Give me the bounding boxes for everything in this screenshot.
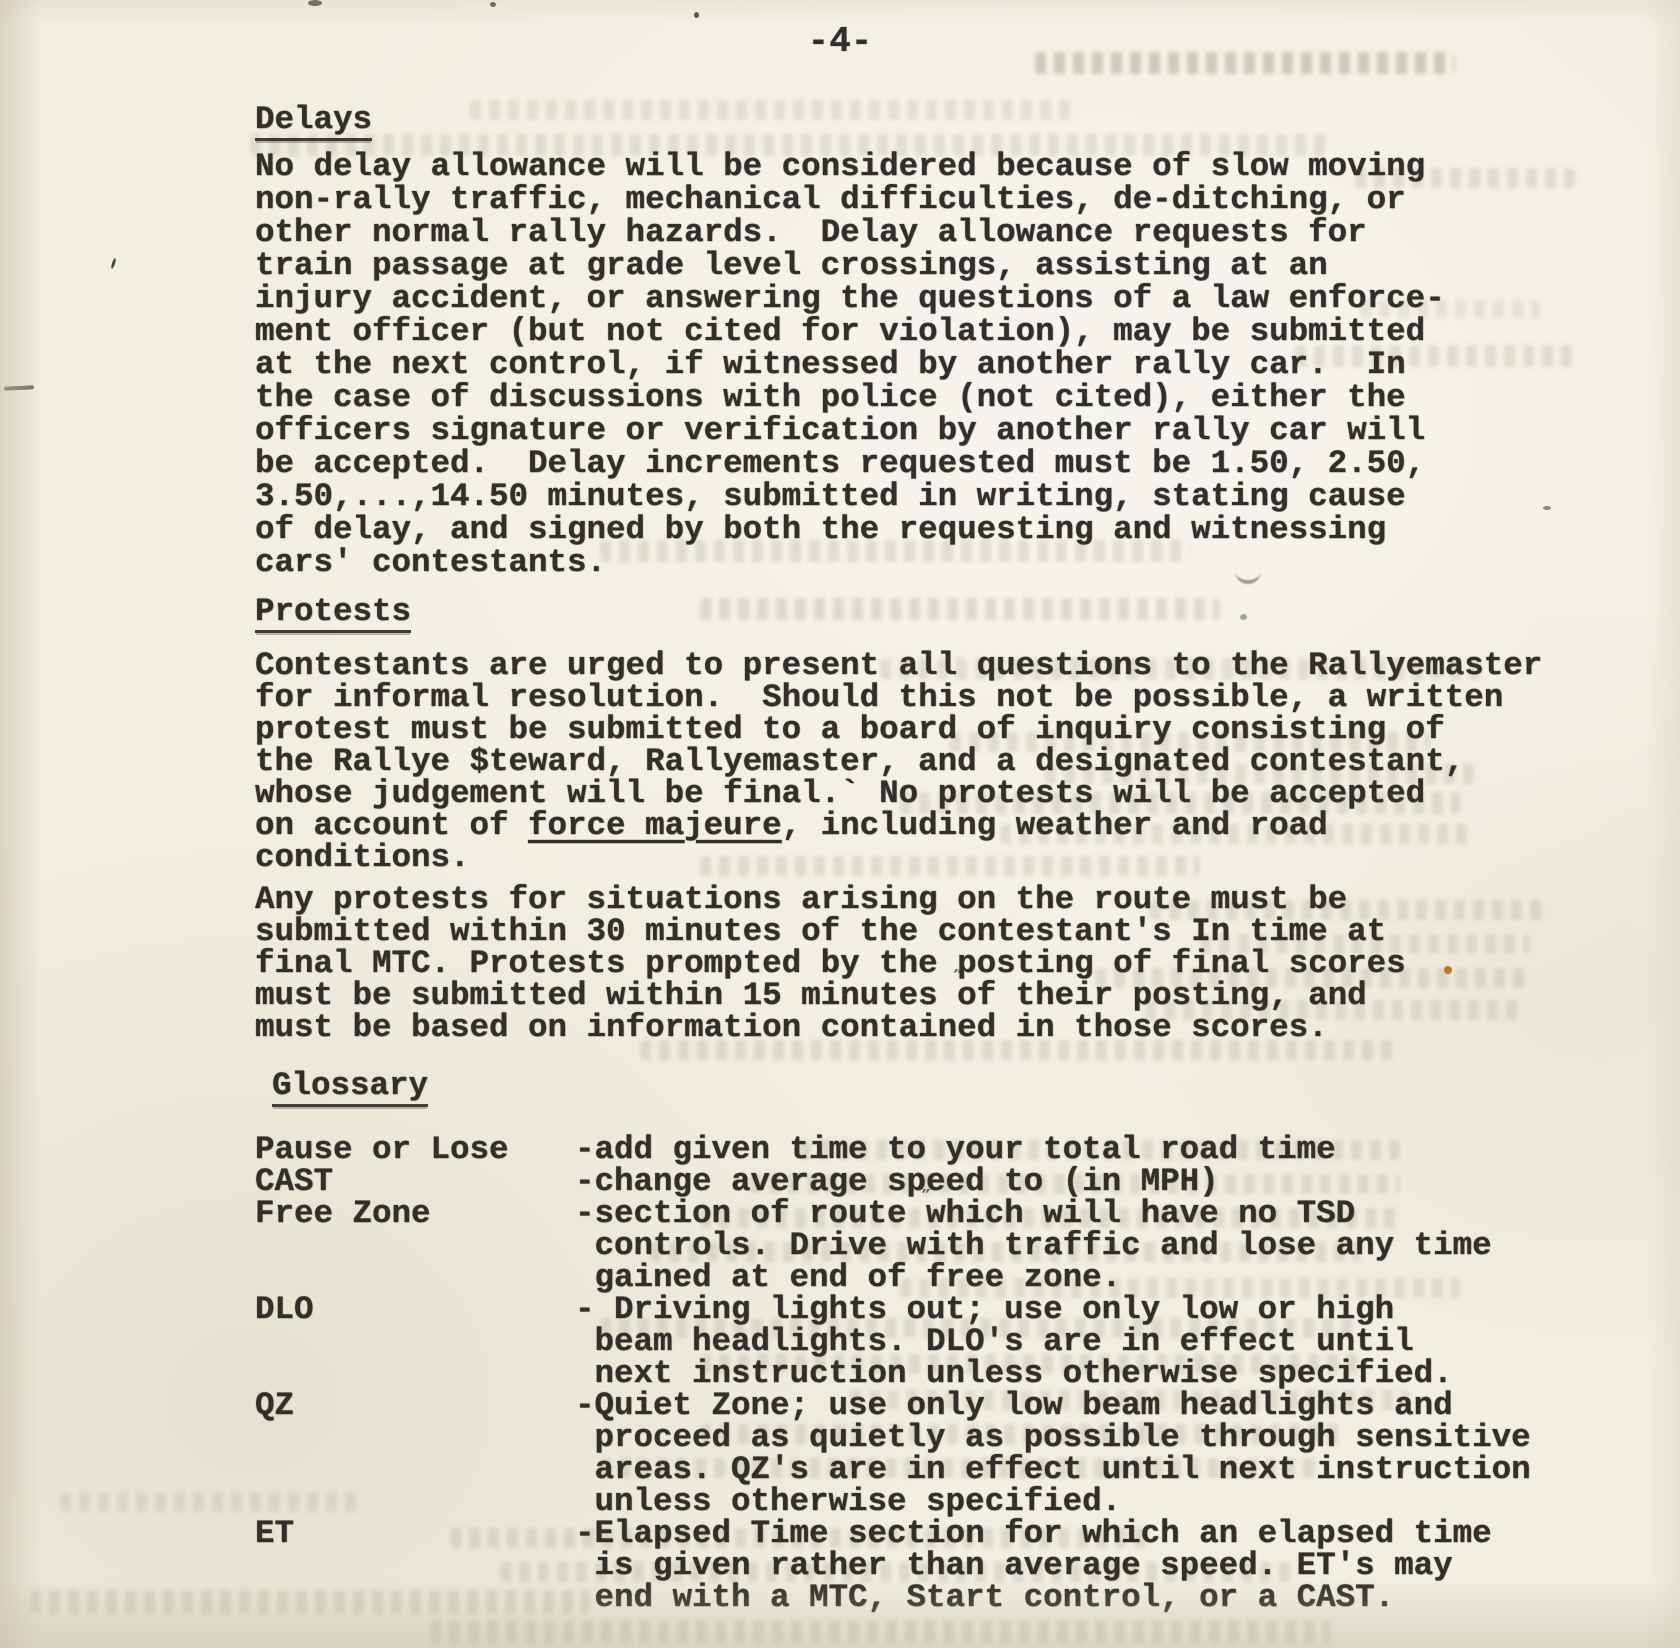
delays-heading: Delays	[255, 104, 372, 141]
protests-heading: Protests	[255, 596, 411, 633]
stray-quote-mark: ″	[952, 972, 964, 982]
protests-paragraph-1: Contestants are urged to present all que…	[255, 650, 1655, 874]
scan-speck	[308, 0, 322, 6]
glossary-definition: -add given time to your total road time	[575, 1134, 1605, 1166]
glossary-definition: -change average speed to (in MPH)	[575, 1166, 1605, 1198]
bleedthrough-artifact	[700, 598, 1220, 620]
protests-paragraph-2: Any protests for situations arising on t…	[255, 884, 1655, 1044]
scan-speck	[1240, 614, 1247, 620]
scan-speck	[694, 12, 699, 18]
glossary-term: QZ	[255, 1390, 575, 1518]
scan-edge-mark	[4, 385, 34, 391]
scan-speck	[490, 2, 496, 7]
bleedthrough-artifact	[430, 1620, 1330, 1644]
glossary-term: Free Zone	[255, 1198, 575, 1294]
glossary-term: DLO	[255, 1294, 575, 1390]
scan-speck-orange	[1444, 966, 1452, 974]
glossary-definition: - Driving lights out; use only low or hi…	[575, 1294, 1605, 1390]
glossary-term: Pause or Lose	[255, 1134, 575, 1166]
glossary-definition: -section of route which will have no TSD…	[575, 1198, 1605, 1294]
glossary-term: ET	[255, 1518, 575, 1614]
glossary-term: CAST	[255, 1166, 575, 1198]
glossary-heading: Glossary	[272, 1070, 428, 1107]
glossary-definition: -Elapsed Time section for which an elaps…	[575, 1518, 1605, 1614]
scan-speck	[110, 258, 116, 269]
delays-section-header: Delays	[255, 104, 372, 141]
scan-speck	[1543, 506, 1551, 510]
delays-body: No delay allowance will be considered be…	[255, 150, 1655, 579]
protests-section-header: Protests	[255, 596, 411, 633]
bleedthrough-artifact	[470, 100, 1070, 120]
scanned-document-page: -4- Delays No delay allowance will be co…	[0, 0, 1680, 1648]
glossary-section-header: Glossary	[272, 1070, 428, 1107]
force-majeure-term: force majeure	[528, 807, 782, 844]
glossary-definition: -Quiet Zone; use only low beam headlight…	[575, 1390, 1605, 1518]
stray-quote-mark: ″	[920, 1192, 932, 1202]
scan-squiggle-mark	[1235, 570, 1261, 584]
page-number: -4-	[0, 24, 1680, 60]
